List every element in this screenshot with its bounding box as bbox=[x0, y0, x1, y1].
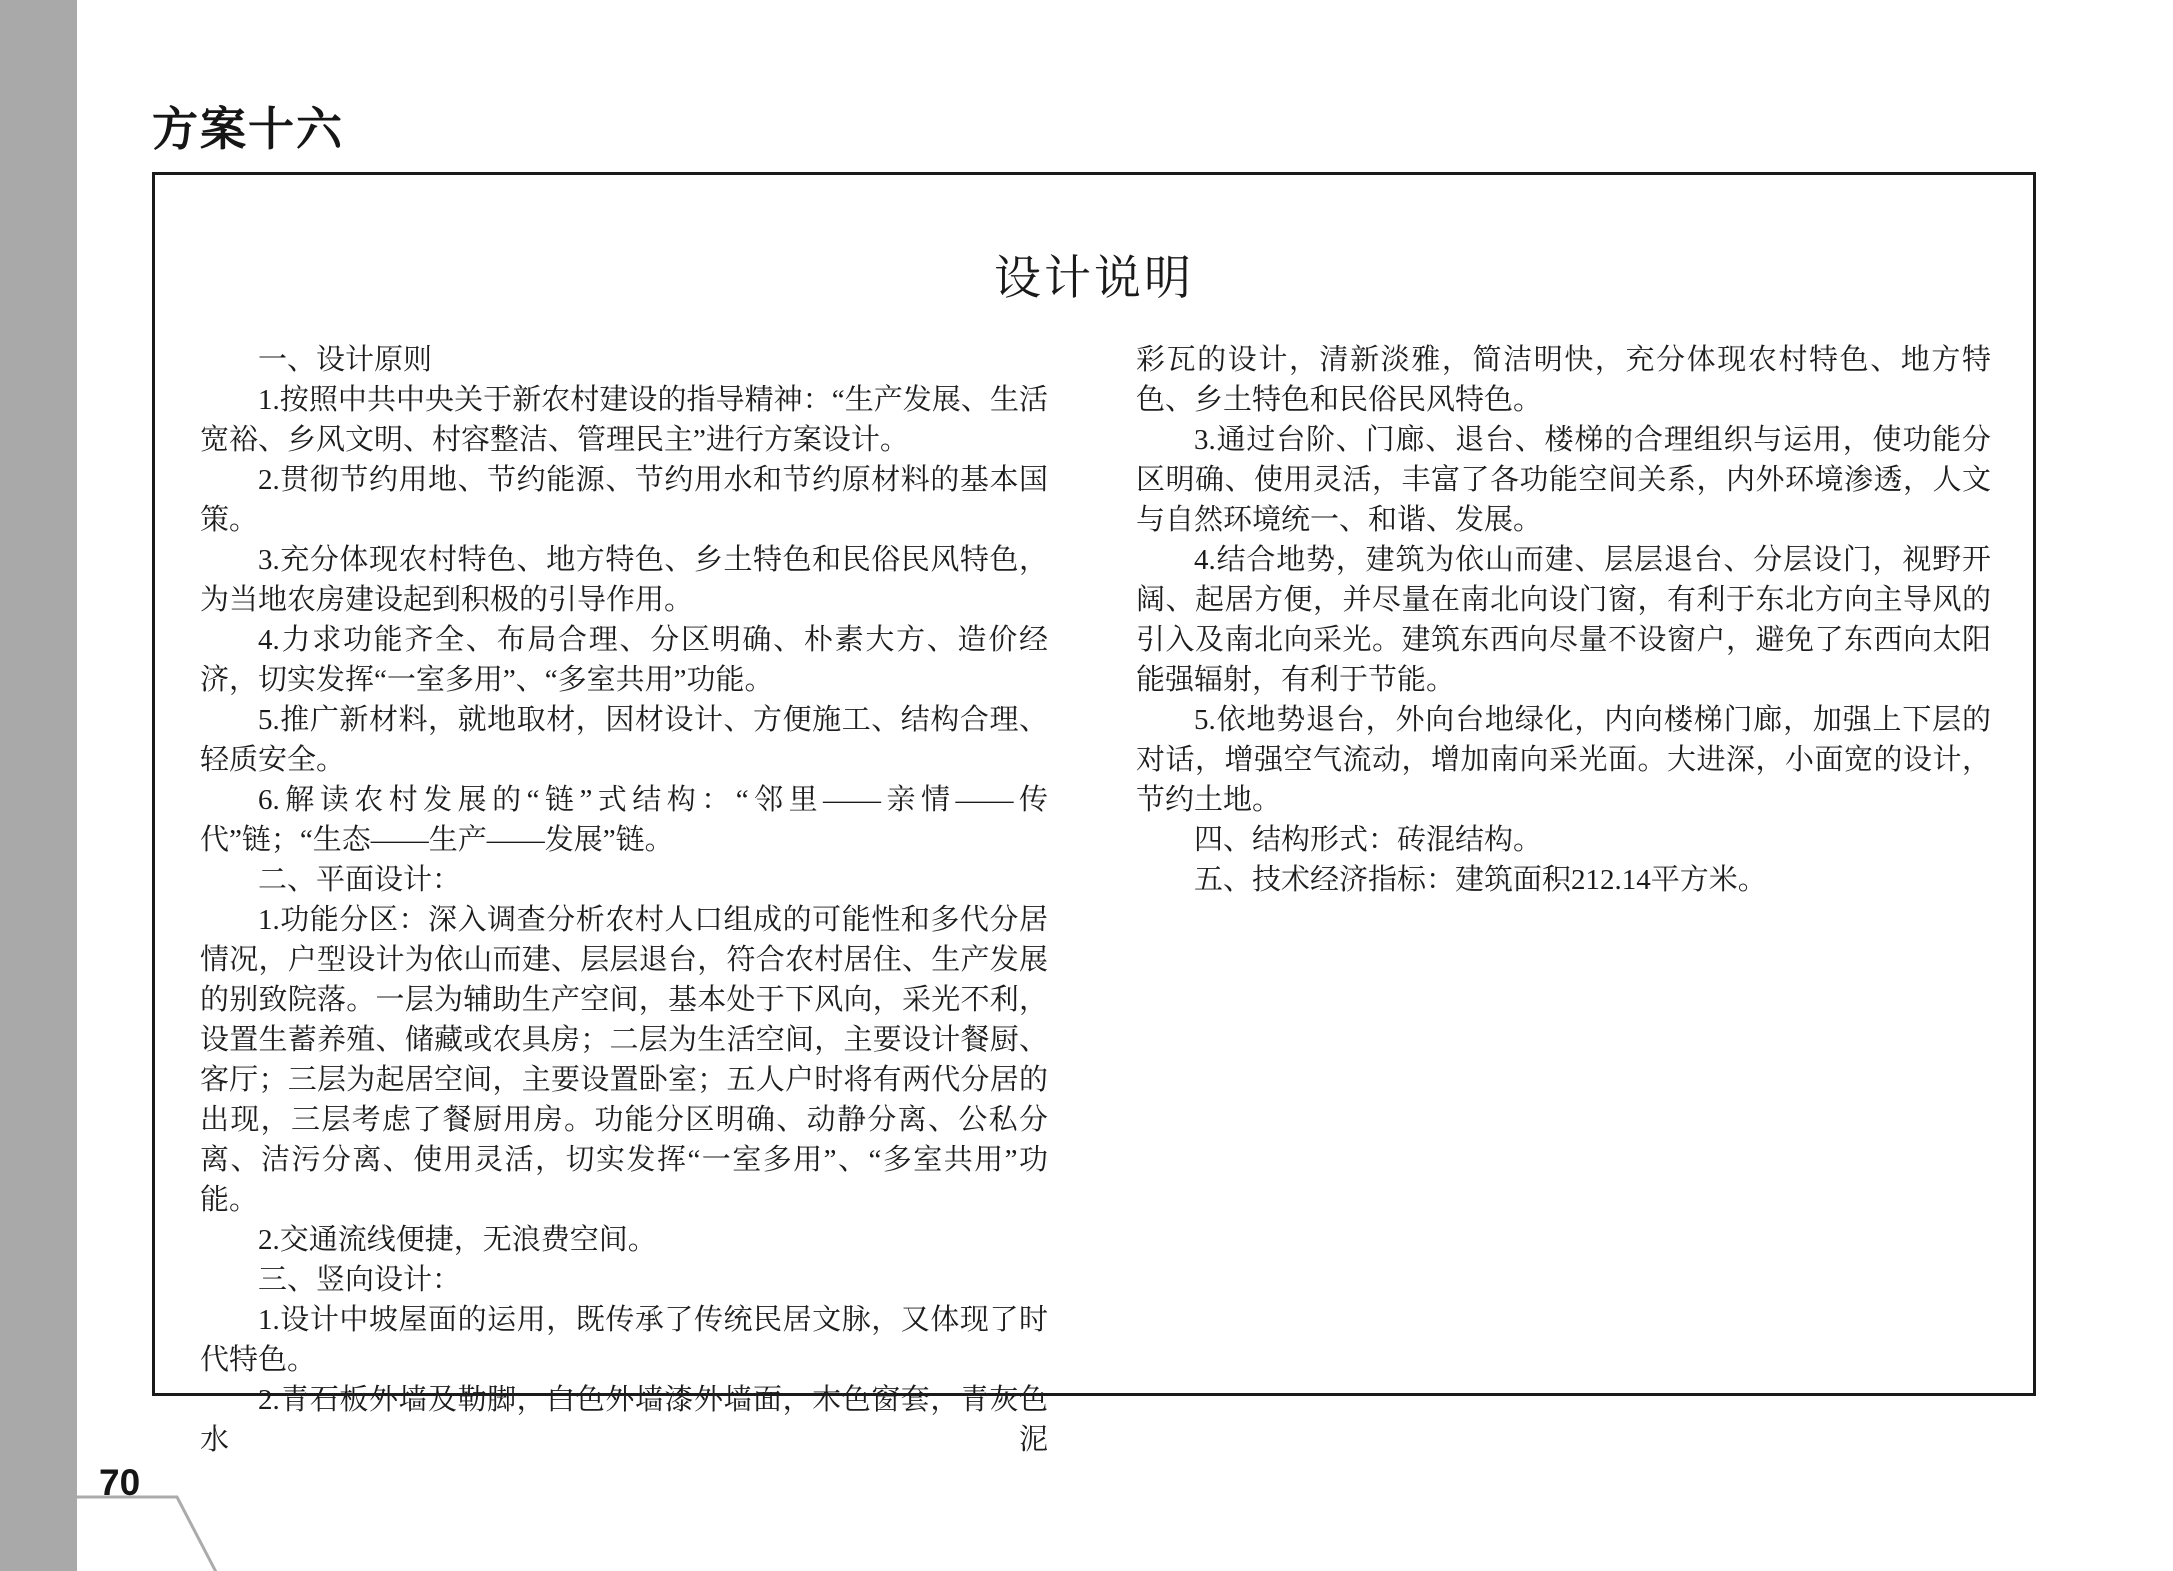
paragraph: 4.结合地势，建筑为依山而建、层层退台、分层设门，视野开阔、起居方便，并尽量在南… bbox=[1136, 540, 1991, 700]
document-page: 方案十六 设计说明 一、设计原则1.按照中共中央关于新农村建设的指导精神：“生产… bbox=[0, 0, 2173, 1571]
corner-decoration-line bbox=[77, 1494, 219, 1571]
paragraph: 4.力求功能齐全、布局合理、分区明确、朴素大方、造价经济，切实发挥“一室多用”、… bbox=[200, 620, 1048, 700]
paragraph: 三、竖向设计： bbox=[200, 1260, 1048, 1300]
paragraph: 四、结构形式：砖混结构。 bbox=[1136, 820, 1991, 860]
text-column-right: 彩瓦的设计，清新淡雅，简洁明快，充分体现农村特色、地方特色、乡土特色和民俗民风特… bbox=[1136, 340, 1991, 900]
paragraph: 二、平面设计： bbox=[200, 860, 1048, 900]
paragraph: 五、技术经济指标：建筑面积212.14平方米。 bbox=[1136, 860, 1991, 900]
paragraph: 6.解读农村发展的“链”式结构：“邻里——亲情——传代”链；“生态——生产——发… bbox=[200, 780, 1048, 860]
paragraph: 3.充分体现农村特色、地方特色、乡土特色和民俗民风特色，为当地农房建设起到积极的… bbox=[200, 540, 1048, 620]
paragraph: 2.贯彻节约用地、节约能源、节约用水和节约原材料的基本国策。 bbox=[200, 460, 1048, 540]
paragraph: 2.青石板外墙及勒脚，白色外墙漆外墙面，木色窗套，青灰色水泥 bbox=[200, 1380, 1048, 1460]
text-column-left: 一、设计原则1.按照中共中央关于新农村建设的指导精神：“生产发展、生活宽裕、乡风… bbox=[200, 340, 1048, 1460]
paragraph: 1.按照中共中央关于新农村建设的指导精神：“生产发展、生活宽裕、乡风文明、村容整… bbox=[200, 380, 1048, 460]
paragraph: 5.依地势退台，外向台地绿化，内向楼梯门廊，加强上下层的对话，增强空气流动，增加… bbox=[1136, 700, 1991, 820]
paragraph: 1.功能分区：深入调查分析农村人口组成的可能性和多代分居情况，户型设计为依山而建… bbox=[200, 900, 1048, 1220]
left-margin-bar bbox=[0, 0, 77, 1571]
paragraph: 彩瓦的设计，清新淡雅，简洁明快，充分体现农村特色、地方特色、乡土特色和民俗民风特… bbox=[1136, 340, 1991, 420]
paragraph: 5.推广新材料，就地取材，因材设计、方便施工、结构合理、轻质安全。 bbox=[200, 700, 1048, 780]
paragraph: 3.通过台阶、门廊、退台、楼梯的合理组织与运用，使功能分区明确、使用灵活，丰富了… bbox=[1136, 420, 1991, 540]
paragraph: 2.交通流线便捷，无浪费空间。 bbox=[200, 1220, 1048, 1260]
paragraph: 1.设计中坡屋面的运用，既传承了传统民居文脉，又体现了时代特色。 bbox=[200, 1300, 1048, 1380]
paragraph: 一、设计原则 bbox=[200, 340, 1048, 380]
panel-title: 设计说明 bbox=[155, 241, 2033, 308]
page-header: 方案十六 bbox=[152, 103, 344, 155]
